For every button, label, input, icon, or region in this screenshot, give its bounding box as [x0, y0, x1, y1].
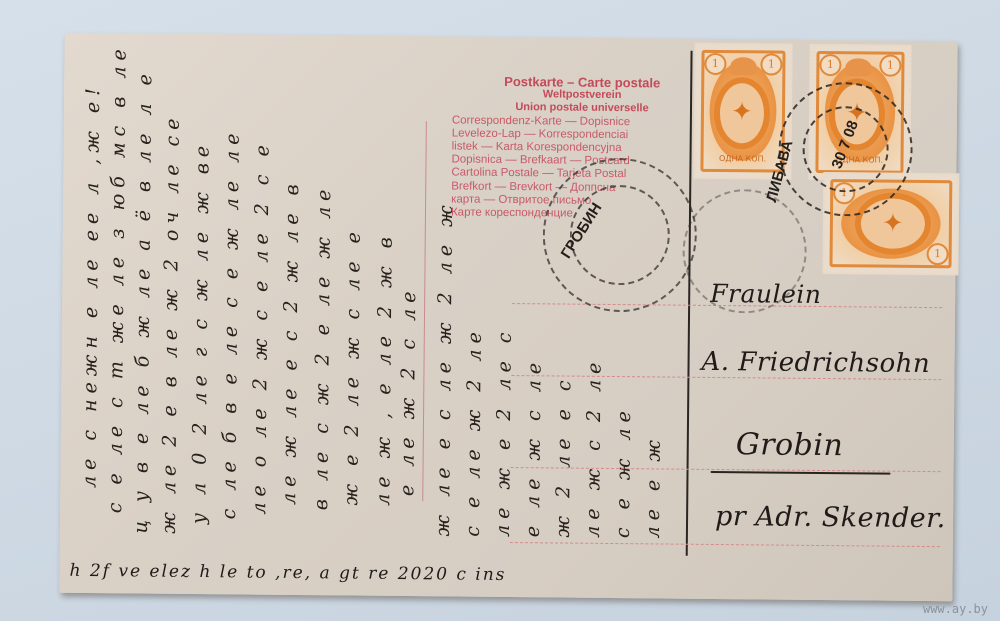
address-line-3: Grobin [736, 427, 844, 463]
stamp-corner: 1 [704, 53, 726, 75]
address-underline [711, 471, 891, 475]
postmark-arrival [682, 189, 807, 314]
message-column: ж 2 ле е с [552, 374, 576, 537]
message-column: ле е ж [642, 434, 665, 538]
address-line-4: pr Adr. Skender. [715, 501, 946, 534]
eagle-icon: ✦ [727, 95, 757, 129]
message-column: с е ж ле [612, 405, 635, 538]
message-column: е ле ж 2 с ле [396, 285, 420, 496]
message-column: ле ж , е ле 2 ж в [372, 231, 397, 506]
message-column: у л 0 2 ле г с ж ле ж ве [188, 140, 214, 524]
message-column: ле с нежн е ле ее л ,ж е! [78, 82, 104, 488]
message-bottom-line: h 2f ve elez h le to ,re, a gt re 2020 c… [69, 561, 506, 585]
postcard: ле с нежн е ле ее л ,ж е! с е ле с т же … [59, 33, 957, 602]
stamp-corner: 1 [927, 243, 949, 265]
message-column: ж е 2 ле ж с ле е [340, 226, 365, 506]
address-line-2: A. Friedrichsohn [701, 347, 930, 379]
message-column: с ле б в е ле с е ж ле ле [218, 127, 244, 519]
message-column: с е ле ж 2 ле [462, 326, 486, 537]
message-column: ле ж ле е с 2 ж ле в [278, 178, 303, 505]
red-divider-line [422, 121, 427, 501]
stamp-corner: 1 [879, 55, 901, 77]
postmark-grobin [542, 157, 697, 312]
eagle-icon: ✦ [878, 207, 908, 241]
message-column: в ле с ж 2 е ле ж ле [310, 184, 335, 511]
stamp-corner: 1 [819, 54, 841, 76]
crown-icon [845, 58, 871, 76]
stamp-corner: 1 [760, 53, 782, 75]
crown-icon [730, 57, 756, 75]
address-rule [510, 542, 940, 547]
message-column: ле ж с 2 ле [582, 357, 606, 538]
message-column: е ле ж с ле [522, 357, 546, 538]
message-column: ж ле 2 е в ле ж 2 оч ле се [158, 112, 184, 533]
message-column: с е ле с т же ле з юб мс в ле [104, 43, 131, 513]
message-column: ле ж е 2 ле с [492, 326, 516, 537]
message-column: ж ле е с ле ж 2 ле ж [432, 199, 457, 536]
watermark: www.ay.by [923, 602, 988, 616]
message-column: ле о ле 2 ж с е ле 2 с е [248, 139, 274, 515]
message-column: ц у в е ле б ж ле а ё в ле л е [130, 68, 156, 533]
